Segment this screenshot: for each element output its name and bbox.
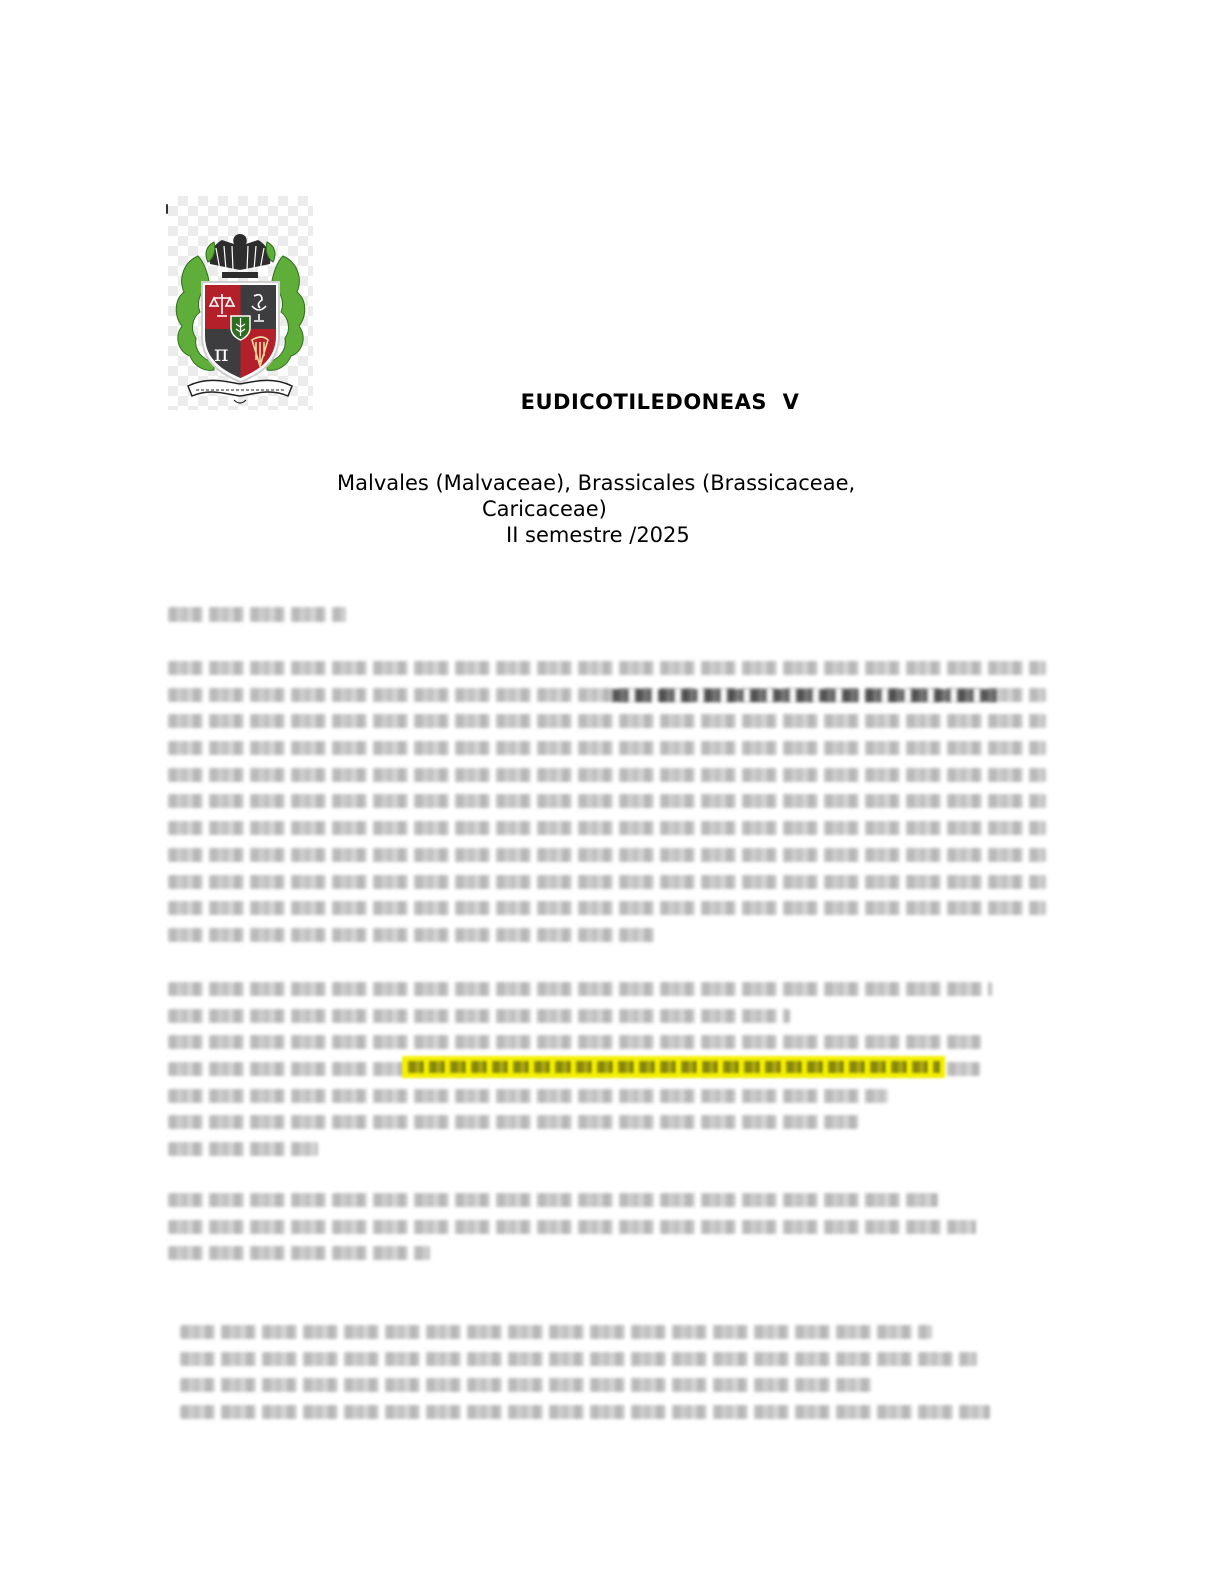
paragraph-1-blurred <box>168 661 1046 955</box>
semester-label: II semestre /2025 <box>506 523 690 547</box>
condor-icon <box>210 234 271 278</box>
section-heading-blurred <box>168 607 346 635</box>
document-subtitle: Malvales (Malvaceae), Brassicales (Brass… <box>337 471 855 495</box>
svg-text:π: π <box>214 342 228 367</box>
highlighted-phrase-text-blurred <box>408 1061 940 1073</box>
document-subtitle-continued: Caricaceae) <box>482 497 607 521</box>
paragraph-3-blurred <box>168 1193 976 1273</box>
paragraph-4-blurred <box>180 1325 990 1432</box>
university-crest-icon: π <box>168 196 313 410</box>
bold-phrase-blurred <box>612 689 997 702</box>
document-title: EUDICOTILEDONEAS V <box>0 390 1224 414</box>
